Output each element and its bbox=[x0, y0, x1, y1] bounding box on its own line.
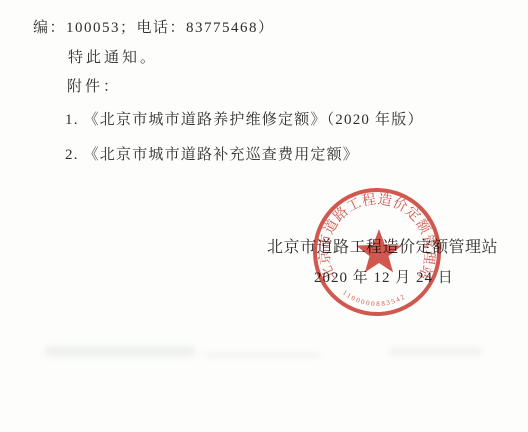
page-bleed-through bbox=[205, 351, 320, 358]
attachment-item: 2. 《北京市城市道路补充巡查费用定额》 bbox=[65, 143, 359, 164]
notice-line: 特此通知。 bbox=[68, 46, 158, 67]
page-bleed-through bbox=[45, 346, 195, 357]
official-seal: 北京市道路工程造价定额管理站 1100000883542 bbox=[302, 177, 452, 327]
contact-line: 编：100053；电话：83775468） bbox=[33, 16, 275, 37]
page-bleed-through bbox=[388, 347, 483, 356]
seal-code-holder: 1100000883542 bbox=[341, 289, 408, 308]
star-icon bbox=[356, 229, 402, 272]
attachments-label: 附件： bbox=[67, 75, 121, 96]
seal-code: 1100000883542 bbox=[341, 289, 408, 308]
document-page: 编：100053；电话：83775468） 特此通知。 附件： 1. 《北京市城… bbox=[0, 0, 528, 432]
attachment-item: 1. 《北京市城市道路养护维修定额》（2020 年版） bbox=[65, 108, 424, 129]
